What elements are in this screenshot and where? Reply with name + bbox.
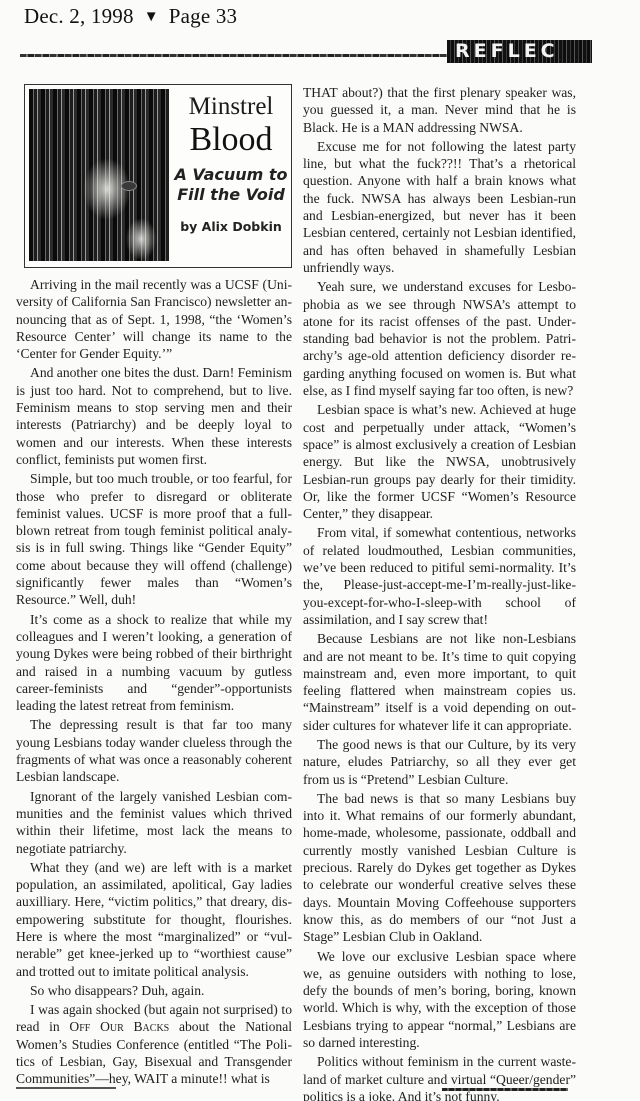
page-number: Page 33 xyxy=(169,4,237,28)
dateline: Dec. 2, 1998▼Page 33 xyxy=(24,4,237,29)
column-title: Blood xyxy=(173,121,289,159)
paragraph: The good news is that our Culture, by it… xyxy=(303,736,576,788)
publication-name: Off Our Backs xyxy=(69,1019,169,1034)
paragraph: Excuse me for not following the latest p… xyxy=(303,138,576,276)
paragraph: From vital, if somewhat contentious, net… xyxy=(303,524,576,628)
author-photo xyxy=(29,89,169,261)
byline: by Alix Dobkin xyxy=(173,219,289,234)
paragraph: The bad news is that so many Lesbians bu… xyxy=(303,790,576,946)
article-title-box: Minstrel Blood A Vacuum to Fill the Void… xyxy=(24,84,292,268)
paragraph: Politics without feminism in the current… xyxy=(303,1053,576,1101)
paragraph: The depressing result is that far too ma… xyxy=(16,716,292,785)
paragraph: What they (and we) are left with is a ma… xyxy=(16,859,292,980)
paragraph: Simple, but too much trouble, or too fea… xyxy=(16,470,292,608)
paragraph: Ignorant of the largely vanished Lesbian… xyxy=(16,788,292,857)
paragraph: Because Lesbians are not like non-Lesbia… xyxy=(303,630,576,734)
paragraph: Yeah sure, we understand excuses for Les… xyxy=(303,278,576,399)
paragraph: We love our exclusive Lesbian space wher… xyxy=(303,948,576,1052)
paragraph: Arriving in the mail recently was a UCSF… xyxy=(16,276,292,362)
header-rule xyxy=(20,54,450,57)
triangle-separator-icon: ▼ xyxy=(144,9,159,25)
issue-date: Dec. 2, 1998 xyxy=(24,4,134,28)
column-end-rule xyxy=(16,1087,116,1089)
section-tab: REFLEC xyxy=(447,40,592,63)
paragraph-continued: THAT about?) that the first plenary spea… xyxy=(303,84,576,136)
paragraph: And another one bites the dust. Darn! Fe… xyxy=(16,364,292,468)
article-end-rule xyxy=(442,1088,568,1091)
column-kicker: Minstrel xyxy=(173,93,289,121)
paragraph: So who disappears? Duh, again. xyxy=(16,982,292,999)
right-column: THAT about?) that the first plenary spea… xyxy=(303,84,576,1101)
paragraph: It’s come as a shock to realize that whi… xyxy=(16,611,292,715)
paragraph: I was again shocked (but again not surpr… xyxy=(16,1001,292,1087)
portrait-eye-detail xyxy=(121,181,137,191)
article-deck: A Vacuum to Fill the Void xyxy=(173,165,289,205)
paragraph: Lesbian space is what’s new. Achieved at… xyxy=(303,401,576,522)
left-column: Arriving in the mail recently was a UCSF… xyxy=(16,276,292,1090)
headline-block: Minstrel Blood A Vacuum to Fill the Void… xyxy=(173,89,289,234)
